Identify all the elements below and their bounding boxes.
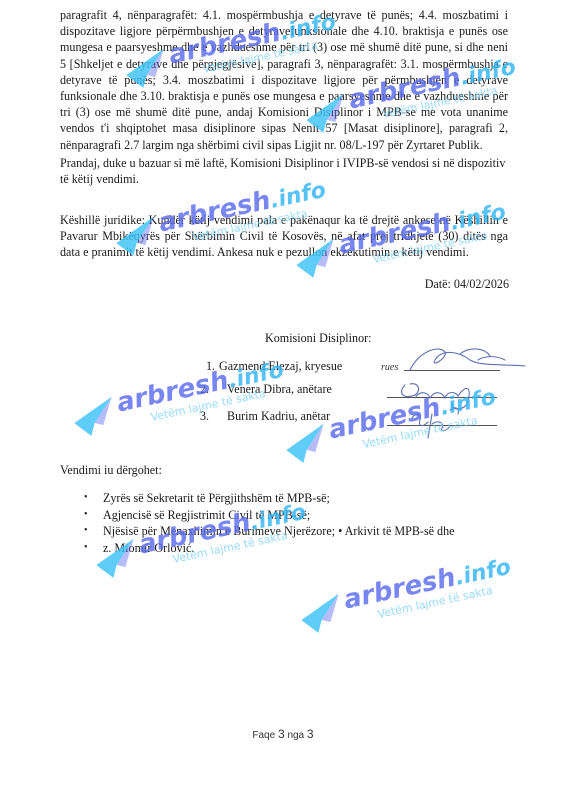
decision-date: Datë: 04/02/2026 (425, 277, 509, 292)
recipient-item: z. Miomir Orlović. (84, 540, 455, 557)
svg-text:Vetëm lajme të sakta: Vetëm lajme të sakta (376, 584, 493, 621)
member-number: 1. (206, 359, 216, 374)
member-2: 2. Venera Dibra, anëtare (200, 382, 332, 397)
document-page: paragrafit 4, nënparagrafët: 4.1. mospër… (0, 0, 566, 799)
recipients-list: Zyrës së Sekretarit të Përgjithshëm të M… (84, 490, 455, 556)
paragraph-decision-grounds: paragrafit 4, nënparagrafët: 4.1. mospër… (60, 7, 508, 153)
recipient-item: Agjencisë së Regjistrimit Civil të MPB-s… (84, 507, 455, 524)
member-name: Venera Dibra, anëtare (227, 382, 332, 396)
member-name: Gazmend Elezaj, kryesue (219, 359, 342, 373)
footer-prefix: Faqe (252, 730, 275, 741)
footer-page: 3 (278, 727, 285, 741)
commission-title: Komisioni Disiplinor: (265, 331, 372, 346)
page-footer: Faqe 3 nga 3 (0, 727, 566, 741)
member-1: 1. Gazmend Elezaj, kryesue (206, 359, 342, 374)
footer-total: 3 (307, 727, 314, 741)
footer-middle: nga (287, 730, 304, 741)
paragraph-conclusion: Prandaj, duke u bazuar si më laftë, Komi… (60, 155, 508, 187)
watermark: arbresh.infoVetëm lajme të sakta (295, 555, 485, 625)
member-name: Burim Kadriu, anëtar (227, 409, 330, 423)
svg-text:arbresh.info: arbresh.info (341, 551, 513, 616)
member-number: 3. (200, 409, 224, 424)
recipient-item: Njësisë për Menaxhimin e Burimeve Njerëz… (84, 523, 455, 540)
paragraph-legal-advice: Këshillë juridike: Kundër këtij vendimi … (60, 212, 508, 261)
member-3: 3. Burim Kadriu, anëtar (200, 409, 330, 424)
member-number: 2. (200, 382, 224, 397)
recipients-title: Vendimi iu dërgohet: (60, 463, 162, 478)
handwritten-signatures (360, 340, 530, 450)
recipient-item: Zyrës së Sekretarit të Përgjithshëm të M… (84, 490, 455, 507)
